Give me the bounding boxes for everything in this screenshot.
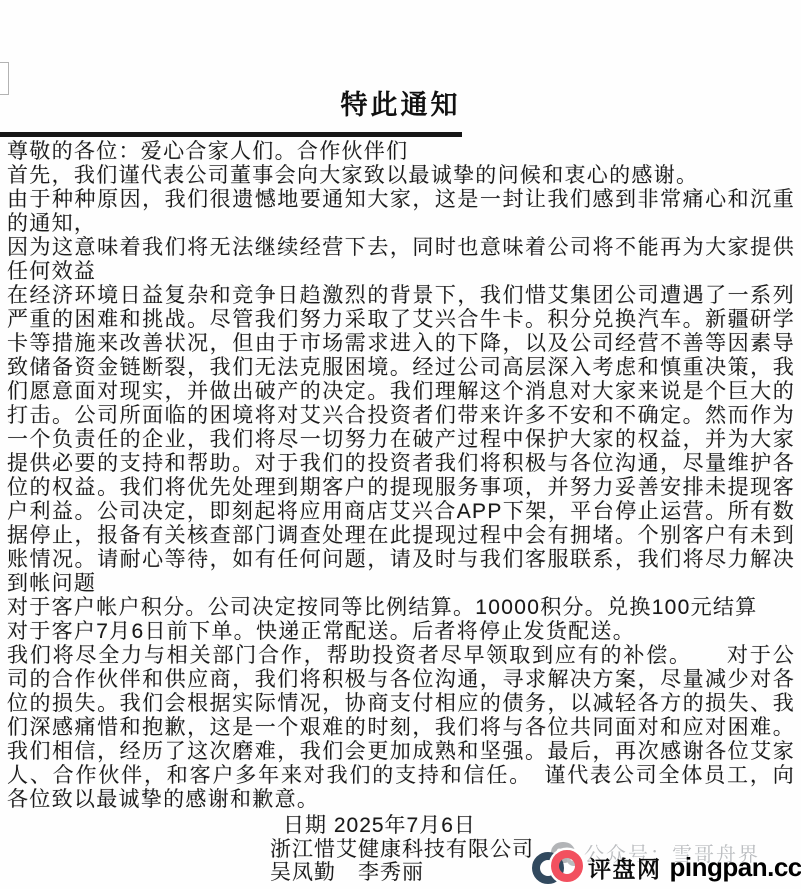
- notice-body: 尊敬的各位：爱心合家人们。合作伙伴们 首先，我们谨代表公司董事会向大家致以最诚挚…: [0, 137, 801, 812]
- scan-artifact-box: [0, 62, 9, 95]
- page-title: 特此通知: [0, 0, 801, 120]
- paragraph: 在经济环境日益复杂和竞争日趋激烈的背景下，我们惜艾集团公司遭遇了一系列严重的困难…: [7, 284, 795, 596]
- paragraph: 我们将尽全力与相关部门合作，帮助投资者尽早领取到应有的补偿。 对于公司的合作伙伴…: [7, 644, 795, 812]
- salutation: 尊敬的各位：爱心合家人们。合作伙伴们: [7, 140, 795, 164]
- paragraph: 对于客户7月6日前下单。快递正常配送。后者将停止发货配送。: [7, 620, 795, 644]
- signature-date: 日期 2025年7月6日: [270, 814, 801, 838]
- paragraph: 由于种种原因，我们很遗憾地要通知大家，这是一封让我们感到非常痛心和沉重的通知，: [7, 188, 795, 236]
- paragraph: 因为这意味着我们将无法继续经营下去，同时也意味着公司将不能再为大家提供任何效益: [7, 236, 795, 284]
- paragraph: 对于客户帐户积分。公司决定按同等比例结算。10000积分。兑换100元结算: [7, 596, 795, 620]
- paragraph: 首先，我们谨代表公司董事会向大家致以最诚挚的问候和衷心的感谢。: [7, 164, 795, 188]
- pingpan-logo-icon: [532, 849, 584, 885]
- watermark-site-name: 评盘网: [588, 851, 662, 884]
- notice-document-page: 特此通知 尊敬的各位：爱心合家人们。合作伙伴们 首先，我们谨代表公司董事会向大家…: [0, 0, 801, 889]
- pingpan-watermark: 评盘网 pingpan.cc: [532, 849, 801, 885]
- watermark-site-domain: pingpan.cc: [670, 852, 801, 883]
- pingpan-logo-ring-right: [551, 850, 583, 882]
